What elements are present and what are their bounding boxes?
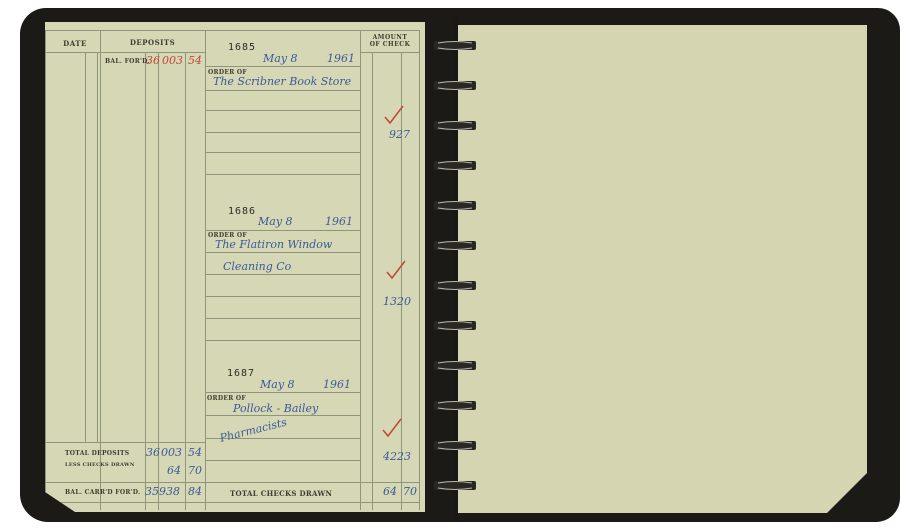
rule	[372, 52, 373, 510]
check-amount: 4223	[383, 450, 411, 463]
rule	[97, 52, 98, 442]
rule	[45, 482, 420, 483]
balance-forward-cents: 54	[188, 54, 202, 67]
rule	[205, 252, 360, 253]
rule	[205, 392, 360, 393]
total-deposits-dollars-a: 36	[146, 446, 160, 459]
total-deposits-label: TOTAL DEPOSITS	[65, 450, 129, 457]
spiral-ring-icon	[434, 201, 476, 210]
total-deposits-cents: 54	[188, 446, 202, 459]
blank-page	[455, 25, 867, 513]
rule	[45, 30, 46, 500]
check-register-page: DATE DEPOSITS AMOUNT OF CHECK BAL. FOR'D…	[45, 22, 425, 512]
less-checks-dollars: 64	[167, 464, 181, 477]
total-deposits-dollars-b: 003	[161, 446, 182, 459]
rule	[45, 442, 205, 443]
total-checks-drawn-label: TOTAL CHECKS DRAWN	[230, 489, 332, 498]
date-header: DATE	[55, 39, 95, 48]
check-year: 1961	[323, 378, 351, 391]
spiral-ring-icon	[434, 161, 476, 170]
rule	[205, 66, 360, 67]
spiral-ring-icon	[434, 441, 476, 450]
balance-carried-cents: 84	[188, 485, 202, 498]
rule	[205, 296, 360, 297]
check-number: 1687	[227, 368, 255, 379]
order-of-label: ORDER OF	[207, 395, 246, 402]
amount-header-line1: AMOUNT	[361, 34, 419, 41]
checkmark-icon	[385, 259, 407, 281]
deposits-header: DEPOSITS	[105, 38, 200, 47]
rule	[205, 340, 360, 341]
spiral-ring-icon	[434, 321, 476, 330]
spiral-ring-icon	[434, 81, 476, 90]
amount-of-check-header: AMOUNT OF CHECK	[361, 34, 419, 48]
check-payee: The Flatiron Window	[215, 238, 332, 251]
spiral-ring-icon	[434, 241, 476, 250]
rule	[360, 30, 361, 510]
check-date: May 8	[263, 52, 298, 65]
rule	[205, 110, 360, 111]
check-payee: The Scribner Book Store	[213, 75, 351, 88]
spiral-ring-icon	[434, 281, 476, 290]
amount-header-line2: OF CHECK	[361, 41, 419, 48]
rule	[205, 174, 360, 175]
check-date: May 8	[258, 215, 293, 228]
rule	[419, 30, 420, 510]
rule	[205, 132, 360, 133]
check-number: 1686	[228, 206, 256, 217]
less-checks-cents: 70	[188, 464, 202, 477]
spiral-ring-icon	[434, 121, 476, 130]
check-year: 1961	[327, 52, 355, 65]
rule	[45, 52, 205, 53]
check-year: 1961	[325, 215, 353, 228]
check-payee: Pollock - Bailey	[233, 402, 318, 415]
check-payee-line2: Pharmacists	[218, 416, 288, 445]
rule	[205, 90, 360, 91]
rule	[85, 52, 86, 442]
less-checks-drawn-label: LESS CHECKS DRAWN	[65, 462, 135, 468]
checkmark-icon	[383, 104, 405, 126]
spiral-ring-icon	[434, 401, 476, 410]
balance-carried-dollars-a: 35	[145, 485, 159, 498]
rule	[205, 152, 360, 153]
rule	[205, 318, 360, 319]
balance-forward-label: BAL. FOR'D.	[105, 58, 150, 65]
balance-forward-dollars-b: 003	[162, 54, 183, 67]
rule	[100, 30, 101, 510]
total-checks-cents: 70	[403, 485, 417, 498]
spiral-ring-icon	[434, 481, 476, 490]
rule	[205, 460, 360, 461]
rule	[45, 502, 420, 503]
check-amount: 1320	[383, 295, 411, 308]
spiral-ring-icon	[434, 361, 476, 370]
balance-forward-dollars-a: 36	[146, 54, 160, 67]
check-number: 1685	[228, 42, 256, 53]
check-payee-line2: Cleaning Co	[223, 260, 291, 273]
rule	[45, 30, 420, 31]
total-checks-dollars: 64	[383, 485, 397, 498]
spiral-ring-icon	[434, 41, 476, 50]
check-date: May 8	[260, 378, 295, 391]
checkmark-icon	[381, 417, 403, 439]
rule	[360, 52, 420, 53]
check-amount: 927	[389, 128, 410, 141]
balance-carried-dollars-b: 938	[159, 485, 180, 498]
rule	[205, 274, 360, 275]
rule	[205, 230, 360, 231]
balance-carried-forward-label: BAL. CARR'D FOR'D.	[65, 489, 140, 496]
